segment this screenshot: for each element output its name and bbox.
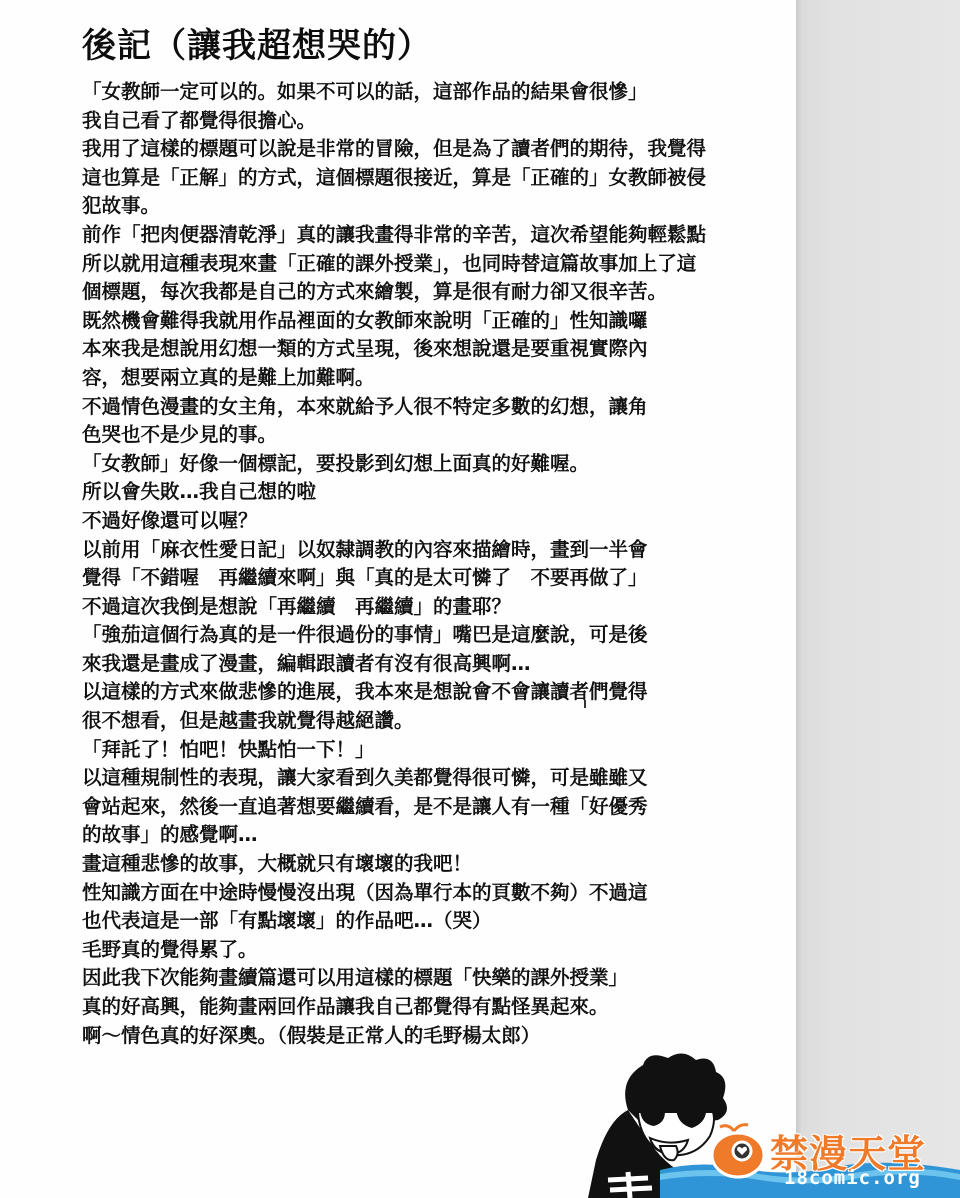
text-line: 因此我下次能夠畫續篇還可以用這樣的標題「快樂的課外授業」: [82, 964, 722, 993]
text-line: 覺得「不錯喔 再繼續來啊」與「真的是太可憐了 不要再做了」: [82, 564, 722, 593]
afterword-body: 「女教師一定可以的。如果不可以的話，這部作品的結果會很慘」 我自己看了都覺得很擔…: [82, 78, 722, 1050]
text-line: 毛野真的覺得累了。: [82, 936, 722, 965]
document-page: 後記（讓我超想哭的） 「女教師一定可以的。如果不可以的話，這部作品的結果會很慘」…: [0, 0, 796, 1198]
text-line: 既然機會難得我就用作品裡面的女教師來說明「正確的」性知識囉: [82, 307, 722, 336]
text-line: 所以會失敗…我自己想的啦: [82, 478, 722, 507]
text-line: 容，想要兩立真的是難上加難啊。: [82, 364, 722, 393]
text-line: 「強茄這個行為真的是一件很過份的事情」嘴巴是這麼說，可是後: [82, 621, 722, 650]
site-watermark: 禁漫天堂 18comic.org: [660, 1115, 960, 1198]
whale-heart-icon: [706, 1121, 778, 1183]
page-edge-margin: [796, 0, 960, 1198]
text-line: 前作「把肉便器清乾淨」真的讓我畫得非常的辛苦，這次希望能夠輕鬆點: [82, 221, 722, 250]
text-line: 不過情色漫畫的女主角，本來就給予人很不特定多數的幻想，讓角: [82, 393, 722, 422]
text-line: 「女教師一定可以的。如果不可以的話，這部作品的結果會很慘」: [82, 78, 722, 107]
text-line: 本來我是想說用幻想一類的方式呈現，後來想說還是要重視實際內: [82, 335, 722, 364]
scan-speck: [584, 700, 586, 708]
text-line: 來我還是畫成了漫畫，編輯跟讀者有沒有很高興啊…: [82, 650, 722, 679]
text-line: 畫這種悲慘的故事，大概就只有壞壞的我吧！: [82, 850, 722, 879]
text-line: 啊～情色真的好深奧。（假裝是正常人的毛野楊太郎）: [82, 1022, 722, 1051]
text-line: 的故事」的感覺啊…: [82, 821, 722, 850]
watermark-url: 18comic.org: [784, 1167, 921, 1189]
text-line: 「女教師」好像一個標記，要投影到幻想上面真的好難喔。: [82, 450, 722, 479]
text-line: 個標題，每次我都是自己的方式來繪製，算是很有耐力卻又很辛苦。: [82, 278, 722, 307]
text-line: 會站起來，然後一直追著想要繼續看，是不是讓人有一種「好優秀: [82, 793, 722, 822]
text-line: 以前用「麻衣性愛日記」以奴隸調教的內容來描繪時，畫到一半會: [82, 536, 722, 565]
text-line: 以這種規制性的表現，讓大家看到久美都覺得很可憐，可是雖雖又: [82, 764, 722, 793]
page-title: 後記（讓我超想哭的）: [82, 18, 432, 67]
text-line: 我自己看了都覺得很擔心。: [82, 107, 722, 136]
text-line: 也代表這是一部「有點壞壞」的作品吧…（哭）: [82, 907, 722, 936]
text-line: 不過這次我倒是想說「再繼續 再繼續」的畫耶？: [82, 593, 722, 622]
text-line: 這也算是「正解」的方式，這個標題很接近，算是「正確的」女教師被侵: [82, 164, 722, 193]
text-line: 以這樣的方式來做悲慘的進展，我本來是想說會不會讓讀者們覺得: [82, 678, 722, 707]
text-line: 性知識方面在中途時慢慢沒出現（因為單行本的頁數不夠）不過這: [82, 879, 722, 908]
text-line: 真的好高興，能夠畫兩回作品讓我自己都覺得有點怪異起來。: [82, 993, 722, 1022]
text-line: 「拜託了！怕吧！快點怕一下！」: [82, 736, 722, 765]
text-line: 色哭也不是少見的事。: [82, 421, 722, 450]
text-line: 犯故事。: [82, 192, 722, 221]
text-line: 所以就用這種表現來畫「正確的課外授業」，也同時替這篇故事加上了這: [82, 250, 722, 279]
text-line: 我用了這樣的標題可以說是非常的冒險，但是為了讀者們的期待，我覺得: [82, 135, 722, 164]
text-line: 不過好像還可以喔？: [82, 507, 722, 536]
text-line: 很不想看，但是越畫我就覺得越絕讚。: [82, 707, 722, 736]
